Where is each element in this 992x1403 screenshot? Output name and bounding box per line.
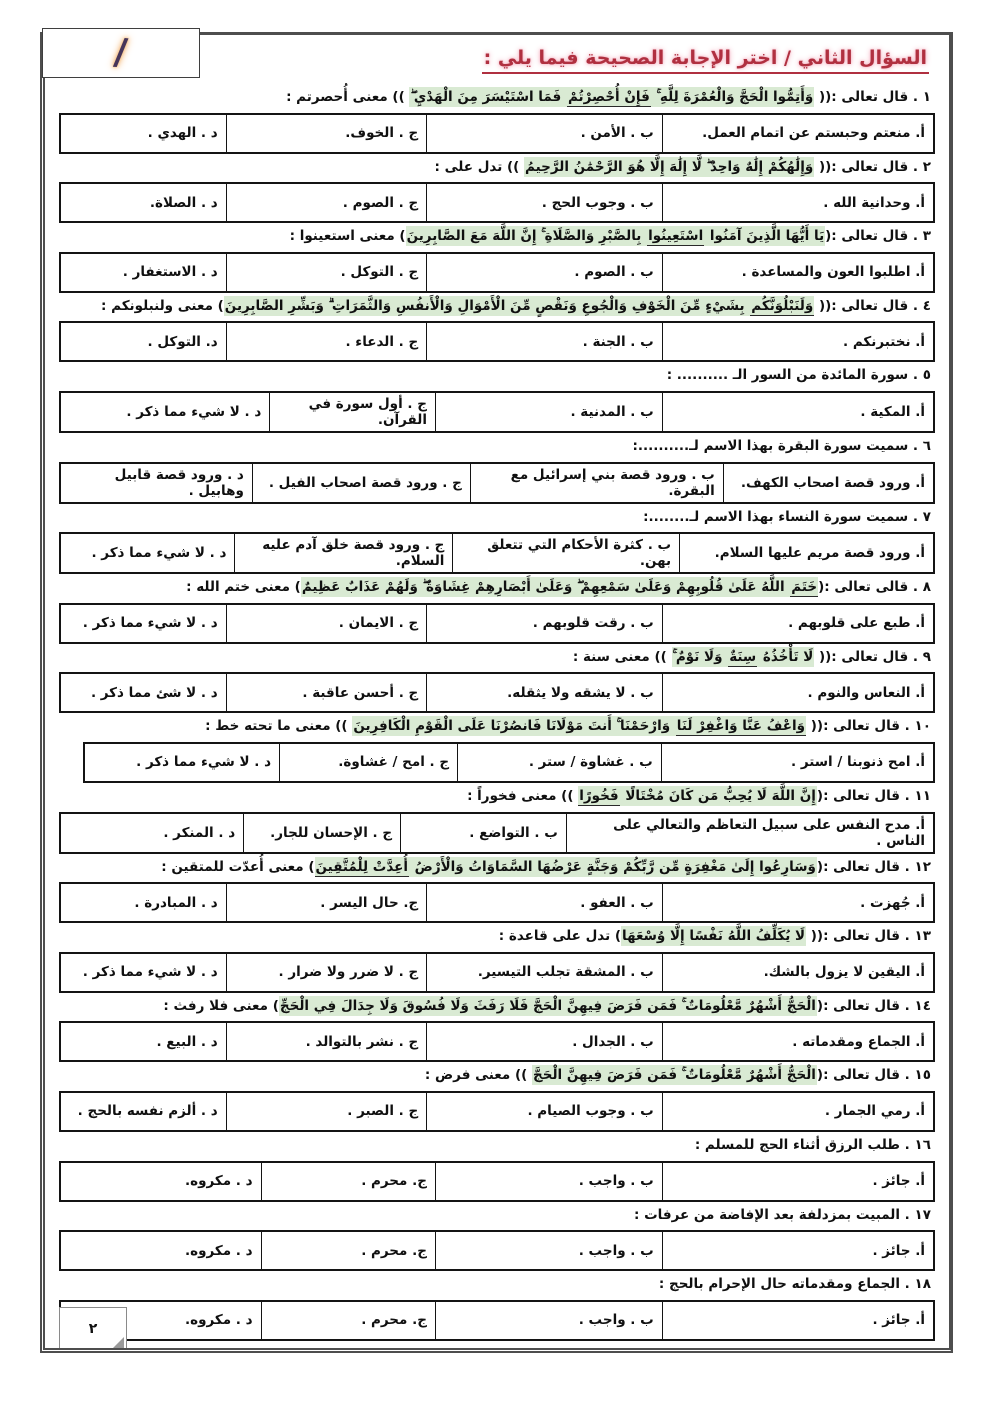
option-cell-b: ب . المشقة تجلب التيسير.	[427, 954, 662, 991]
question-pre-text: ١٠ . قال تعالى :((	[806, 718, 931, 734]
quran-quote-segment: لَا تَأْخُذُهُ	[757, 647, 814, 667]
question-block: ١٦ . طلب الرزق أثناء الحج للمسلم : أ. جا…	[59, 1135, 935, 1202]
options-table: أ. اطلبوا العون والمساعدة . ب . الصوم . …	[59, 252, 935, 293]
option-cell-a: أ. طبع على قلوبهم .	[663, 605, 933, 642]
question-pre-text: ٦ . سميت سورة البقرة بهذا الاسم لـ......…	[633, 438, 932, 454]
question-block: ٨ . قالى تعالى :(خَتَمَ اللَّهُ عَلَىٰ ق…	[59, 577, 935, 644]
question-pre-text: ٣ . قال تعالى :(	[825, 228, 931, 244]
option-cell-c: ج . ورود قصة اصحاب الفيل .	[253, 464, 471, 502]
question-text: ١٢ . قال تعالى :(وَسَارِعُوا إِلَىٰ مَغْ…	[59, 857, 931, 879]
options-table: أ. ورود قصة اصحاب الكهف. ب . ورود قصة بن…	[59, 462, 935, 504]
quran-quote-underlined-segment: وَاعْفُ عَنَّا وَاغْفِرْ لَنَا	[676, 716, 806, 736]
option-cell-b: ب . لا يشقه ولا يثقله.	[427, 674, 662, 711]
option-cell-c: ج . الايمان .	[227, 605, 428, 642]
option-cell-d: د . لا شيء مما ذكر .	[85, 744, 280, 781]
options-table: أ. منعتم وحبستم عن اتمام العمل. ب . الأم…	[59, 113, 935, 154]
question-text: ١٥ . قال تعالى :(الْحَجُّ أَشْهُرٌ مَّعْ…	[59, 1065, 931, 1087]
option-cell-a: أ. جائز .	[663, 1163, 933, 1200]
quran-quote-segment: إِنَّ اللَّهَ لَا يُحِبُّ مَن كَانَ مُخْ…	[620, 786, 817, 806]
option-cell-a: أ. اطلبوا العون والمساعدة .	[663, 254, 933, 291]
question-post-text: ) معنى استعينوا :	[290, 228, 406, 244]
question-post-text: ) تدل على قاعدة :	[499, 928, 621, 944]
question-text: ١٧ . المبيت بمزدلفة بعد الإفاضة من عرفات…	[59, 1205, 931, 1227]
option-cell-b: ب . الصوم .	[427, 254, 662, 291]
option-cell-c: ج . نشر بالتوالد .	[227, 1023, 428, 1060]
section-title: السؤال الثاني / اختر الإجابة الصحيحة فيم…	[482, 47, 929, 74]
quran-quote-segment: بِالصَّبْرِ وَالصَّلَاةِ ۚ إِنَّ اللَّهَ…	[406, 226, 647, 246]
quran-quote-segment: وَلَا نَوْمٌ ۚ	[672, 647, 729, 667]
question-pre-text: ١٢ . قال تعالى :(	[817, 859, 931, 875]
option-cell-b: ب . المدنية .	[436, 393, 663, 431]
quran-quote-segment: الْحَجُّ أَشْهُرٌ مَّعْلُومَاتٌ ۚ فَمَن …	[532, 1065, 817, 1085]
quran-quote-underlined-segment: خَتَمَ	[790, 577, 818, 597]
option-cell-b: ب . كثرة الأحكام التي تتعلق بهن.	[453, 534, 680, 572]
question-block: ٤ . قال تعالى :(( وَلَنَبْلُوَنَّكُم بِش…	[59, 296, 935, 363]
option-cell-a: أ. رمي الجمار .	[663, 1093, 933, 1130]
question-post-text: ) معنى ختم الله :	[186, 579, 301, 595]
quran-quote-underlined-segment: فَخُورًا	[578, 786, 619, 806]
question-post-text: ) معنى ولنبلونكم :	[101, 298, 224, 314]
quran-quote-segment: الْحَجُّ أَشْهُرٌ مَّعْلُومَاتٌ ۚ فَمَن …	[279, 996, 817, 1016]
option-cell-a: أ. اليقين لا يزول بالشك.	[663, 954, 933, 991]
question-pre-text: ٨ . قالى تعالى :(	[818, 579, 931, 595]
page-number-box: ٢	[59, 1307, 127, 1351]
option-cell-a: أ. مدح النفس على سبيل التعاظم والتعالي ع…	[567, 814, 933, 852]
question-block: ٩ . قال تعالى :(( لَا تَأْخُذُهُ سِنَةٌ …	[59, 647, 935, 714]
question-block: ١٤ . قال تعالى :(الْحَجُّ أَشْهُرٌ مَّعْ…	[59, 996, 935, 1063]
option-cell-c: ج. محرم .	[262, 1302, 436, 1339]
question-text: ١٠ . قال تعالى :(( وَاعْفُ عَنَّا وَاغْف…	[59, 716, 931, 738]
option-cell-c: ج . الخوف.	[227, 115, 428, 152]
question-block: ١٥ . قال تعالى :(الْحَجُّ أَشْهُرٌ مَّعْ…	[59, 1065, 935, 1132]
option-cell-c: ج. محرم .	[262, 1163, 436, 1200]
question-block: ١٢ . قال تعالى :(وَسَارِعُوا إِلَىٰ مَغْ…	[59, 857, 935, 924]
quran-quote-underlined-segment: وَلَنَبْلُوَنَّكُم	[750, 296, 814, 316]
quran-quote-segment: يَا أَيُّهَا الَّذِينَ آمَنُوا	[704, 226, 825, 246]
options-table: أ. وحدانية الله . ب . وجوب الحج . ج . ال…	[59, 182, 935, 223]
question-text: ٢ . قال تعالى :(( وَإِلَٰهُكُمْ إِلَٰهٌ …	[59, 157, 931, 179]
grade-mark-box: /	[42, 28, 200, 78]
option-cell-a: أ. ورود قصة اصحاب الكهف.	[724, 464, 933, 502]
option-cell-b: ب . واجب .	[436, 1302, 663, 1339]
question-text: ٩ . قال تعالى :(( لَا تَأْخُذُهُ سِنَةٌ …	[59, 647, 931, 669]
option-cell-d: د . مكروه.	[61, 1163, 262, 1200]
question-block: ١٧ . المبيت بمزدلفة بعد الإفاضة من عرفات…	[59, 1205, 935, 1272]
question-pre-text: ١٤ . قال تعالى :(	[817, 998, 931, 1014]
option-cell-a: أ. وحدانية الله .	[663, 184, 933, 221]
question-text: ١١ . قال تعالى :(إِنَّ اللَّهَ لَا يُحِب…	[59, 786, 931, 808]
question-pre-text: ١٦ . طلب الرزق أثناء الحج للمسلم :	[695, 1137, 931, 1153]
option-cell-d: د . لا شيء مما ذكر .	[61, 534, 235, 572]
option-cell-b: ب . التواضع .	[401, 814, 567, 852]
quran-quote-segment: وَأَتِمُّوا الْحَجَّ وَالْعُمْرَةَ لِلَّ…	[651, 87, 814, 107]
question-post-text: ) معنى أُعدّت للمتقين :	[161, 859, 314, 875]
option-cell-d: د . ألزم نفسه بالحج .	[61, 1093, 227, 1130]
options-table: أ. جائز . ب . واجب . ج. محرم . د . مكروه…	[59, 1300, 935, 1341]
question-pre-text: ١٥ . قال تعالى :(	[817, 1067, 931, 1083]
option-cell-d: د . الاستغفار .	[61, 254, 227, 291]
quran-quote-underlined-segment: أُعِدَّتْ لِلْمُتَّقِينَ	[315, 857, 409, 877]
option-cell-a: أ. المكية .	[663, 393, 933, 431]
question-pre-text: ٤ . قال تعالى :((	[814, 298, 931, 314]
option-cell-b: ب . واجب .	[436, 1163, 663, 1200]
quran-quote-underlined-segment: اسْتَعِينُوا	[647, 226, 704, 246]
options-table: أ. ورود قصة مريم عليها السلام. ب . كثرة …	[59, 532, 935, 574]
quran-quote-segment: فَمَا اسْتَيْسَرَ مِنَ الْهَدْيِ ۖ	[409, 87, 566, 107]
quran-quote-underlined-segment: سِنَةٌ	[728, 647, 757, 667]
question-block: ٧ . سميت سورة النساء بهذا الاسم لـ......…	[59, 507, 935, 575]
question-text: ٤ . قال تعالى :(( وَلَنَبْلُوَنَّكُم بِش…	[59, 296, 931, 318]
option-cell-d: د . لا شيء مما ذكر .	[61, 605, 227, 642]
option-cell-c: ج . امح / غشاوة.	[280, 744, 458, 781]
option-cell-c: ج . الإحسان للجار.	[244, 814, 401, 852]
option-cell-c: ج . لا ضرر ولا ضرار .	[227, 954, 428, 991]
option-cell-a: أ. منعتم وحبستم عن اتمام العمل.	[663, 115, 933, 152]
options-table: أ. جائز . ب . واجب . ج. محرم . د . مكروه…	[59, 1230, 935, 1271]
question-post-text: )) معنى أُحصرتم :	[286, 89, 409, 105]
question-text: ١٦ . طلب الرزق أثناء الحج للمسلم :	[59, 1135, 931, 1157]
option-cell-b: ب . الأمن .	[427, 115, 662, 152]
option-cell-b: ب . غشاوة / ستر .	[458, 744, 662, 781]
option-cell-c: ج . التوكل .	[227, 254, 428, 291]
question-text: ٦ . سميت سورة البقرة بهذا الاسم لـ......…	[59, 436, 931, 458]
option-cell-d: د . المنكر .	[61, 814, 244, 852]
question-block: ٢ . قال تعالى :(( وَإِلَٰهُكُمْ إِلَٰهٌ …	[59, 157, 935, 224]
question-block: ١٣ . قال تعالى :(( لَا يُكَلِّفُ اللَّهُ…	[59, 926, 935, 993]
question-pre-text: ٢ . قال تعالى :((	[814, 159, 931, 175]
option-cell-c: ج . أحسن عاقبة .	[227, 674, 428, 711]
folded-corner-icon	[111, 1337, 124, 1350]
quran-quote-segment: اللَّهُ عَلَىٰ قُلُوبِهِمْ وَعَلَىٰ سَمْ…	[301, 577, 790, 597]
question-text: ١٨ . الجماع ومقدماته حال الإحرام بالحج :	[59, 1274, 931, 1296]
question-post-text: ) معنى فلا رفث :	[163, 998, 279, 1014]
question-pre-text: ١٧ . المبيت بمزدلفة بعد الإفاضة من عرفات…	[634, 1207, 931, 1223]
option-cell-d: د . لا شيء مما ذكر .	[61, 393, 270, 431]
question-pre-text: ٩ . قال تعالى :((	[814, 649, 931, 665]
question-block: ٦ . سميت سورة البقرة بهذا الاسم لـ......…	[59, 436, 935, 504]
question-block: ١ . قال تعالى :(( وَأَتِمُّوا الْحَجَّ و…	[59, 87, 935, 154]
options-table: أ. جُهزت . ب . العفو . ج. حال اليسر . د …	[59, 882, 935, 923]
option-cell-a: أ. النعاس والنوم .	[663, 674, 933, 711]
option-cell-b: ب . رقت قلوبهم .	[427, 605, 662, 642]
question-post-text: )) معنى سنة :	[573, 649, 672, 665]
quran-quote-segment: لَا يُكَلِّفُ اللَّهُ نَفْسًا إِلَّا وُس…	[621, 926, 806, 946]
question-pre-text: ٥ . سورة المائدة من السور الـ ..........…	[667, 367, 931, 383]
option-cell-a: أ. جائز .	[663, 1232, 933, 1269]
question-text: ١٤ . قال تعالى :(الْحَجُّ أَشْهُرٌ مَّعْ…	[59, 996, 931, 1018]
question-pre-text: ١٣ . قال تعالى :((	[806, 928, 931, 944]
quran-quote-segment: بِشَيْءٍ مِّنَ الْخَوْفِ وَالْجُوعِ وَنَ…	[224, 296, 751, 316]
question-post-text: )) معنى ما تحته خط :	[205, 718, 352, 734]
question-text: ٧ . سميت سورة النساء بهذا الاسم لـ......…	[59, 507, 931, 529]
question-pre-text: ٧ . سميت سورة النساء بهذا الاسم لـ......…	[643, 509, 931, 525]
options-table: أ. نختبرنكم . ب . الجنة . ج . الدعاء . د…	[59, 321, 935, 362]
question-pre-text: ١ . قال تعالى :((	[814, 89, 931, 105]
grade-mark: /	[113, 34, 129, 71]
option-cell-d: د . الهدي .	[61, 115, 227, 152]
option-cell-b: ب . الجدال .	[427, 1023, 662, 1060]
option-cell-c: ج . الصبر .	[227, 1093, 428, 1130]
option-cell-b: ب . وجوب الحج .	[427, 184, 662, 221]
option-cell-d: د. التوكل .	[61, 323, 227, 360]
option-cell-d: د . البيع .	[61, 1023, 227, 1060]
option-cell-c: ج. محرم .	[262, 1232, 436, 1269]
option-cell-d: د . ورود قصة قابيل وهابيل .	[61, 464, 253, 502]
option-cell-d: د . الصلاة.	[61, 184, 227, 221]
option-cell-c: ج . ورود قصة خلق آدم عليه السلام.	[235, 534, 453, 572]
option-cell-b: ب . واجب .	[436, 1232, 663, 1269]
question-block: ٣ . قال تعالى :(يَا أَيُّهَا الَّذِينَ آ…	[59, 226, 935, 293]
quran-quote-segment: وَارْحَمْنَا ۚ أَنتَ مَوْلَانَا فَانصُرْ…	[352, 716, 675, 736]
option-cell-a: أ. جُهزت .	[663, 884, 933, 921]
question-pre-text: ١٨ . الجماع ومقدماته حال الإحرام بالحج :	[659, 1276, 931, 1292]
options-table: أ. المكية . ب . المدنية . ج . أول سورة ف…	[59, 391, 935, 433]
question-text: ٨ . قالى تعالى :(خَتَمَ اللَّهُ عَلَىٰ ق…	[59, 577, 931, 599]
question-post-text: )) معنى فخوراً :	[467, 788, 578, 804]
question-block: ١٨ . الجماع ومقدماته حال الإحرام بالحج :…	[59, 1274, 935, 1341]
quran-quote-segment: وَسَارِعُوا إِلَىٰ مَغْفِرَةٍ مِّن رَّبِ…	[409, 857, 817, 877]
option-cell-b: ب . العفو .	[427, 884, 662, 921]
options-table: أ. مدح النفس على سبيل التعاظم والتعالي ع…	[59, 812, 935, 854]
option-cell-a: أ. جائز .	[663, 1302, 933, 1339]
quran-quote-segment: وَإِلَٰهُكُمْ إِلَٰهٌ وَاحِدٌ ۖ لَّا إِل…	[524, 157, 814, 177]
question-text: ١ . قال تعالى :(( وَأَتِمُّوا الْحَجَّ و…	[59, 87, 931, 109]
option-cell-c: ج . الدعاء .	[227, 323, 428, 360]
question-block: ٥ . سورة المائدة من السور الـ ..........…	[59, 365, 935, 433]
options-table: أ. طبع على قلوبهم . ب . رقت قلوبهم . ج .…	[59, 603, 935, 644]
option-cell-b: ب . وجوب الصيام .	[427, 1093, 662, 1130]
question-text: ١٣ . قال تعالى :(( لَا يُكَلِّفُ اللَّهُ…	[59, 926, 931, 948]
option-cell-c: ج. حال اليسر .	[227, 884, 428, 921]
question-post-text: )) تدل على :	[435, 159, 525, 175]
options-table: أ. النعاس والنوم . ب . لا يشقه ولا يثقله…	[59, 672, 935, 713]
page-frame: السؤال الثاني / اختر الإجابة الصحيحة فيم…	[40, 32, 953, 1353]
option-cell-d: د . لا شئ مما ذكر .	[61, 674, 227, 711]
options-table: أ. الجماع ومقدماته . ب . الجدال . ج . نش…	[59, 1021, 935, 1062]
options-table: أ. رمي الجمار . ب . وجوب الصيام . ج . ال…	[59, 1091, 935, 1132]
options-table: أ. اليقين لا يزول بالشك. ب . المشقة تجلب…	[59, 952, 935, 993]
question-pre-text: ١١ . قال تعالى :(	[817, 788, 931, 804]
option-cell-a: أ. الجماع ومقدماته .	[663, 1023, 933, 1060]
option-cell-d: د . المبادرة .	[61, 884, 227, 921]
question-list: ١ . قال تعالى :(( وَأَتِمُّوا الْحَجَّ و…	[59, 87, 935, 1341]
option-cell-a: أ. ورود قصة مريم عليها السلام.	[680, 534, 933, 572]
quran-quote-underlined-segment: فَإِنْ أُحْصِرْتُمْ	[567, 87, 651, 107]
option-cell-c: ج . أول سورة في القرآن.	[270, 393, 436, 431]
options-table: أ. جائز . ب . واجب . ج. محرم . د . مكروه…	[59, 1161, 935, 1202]
question-text: ٣ . قال تعالى :(يَا أَيُّهَا الَّذِينَ آ…	[59, 226, 931, 248]
option-cell-d: د . مكروه.	[61, 1232, 262, 1269]
question-post-text: )) معنى فرض :	[425, 1067, 532, 1083]
question-text: ٥ . سورة المائدة من السور الـ ..........…	[59, 365, 931, 387]
question-block: ١٠ . قال تعالى :(( وَاعْفُ عَنَّا وَاغْف…	[59, 716, 935, 783]
options-table: أ. امح ذنوبنا / استر . ب . غشاوة / ستر .…	[83, 742, 935, 783]
option-cell-b: ب . الجنة .	[427, 323, 662, 360]
option-cell-a: أ. امح ذنوبنا / استر .	[662, 744, 933, 781]
page-number: ٢	[89, 1321, 98, 1337]
option-cell-b: ب . ورود قصة بني إسرائيل مع البقرة.	[471, 464, 724, 502]
option-cell-c: ج . الصوم .	[227, 184, 428, 221]
question-block: ١١ . قال تعالى :(إِنَّ اللَّهَ لَا يُحِب…	[59, 786, 935, 854]
option-cell-a: أ. نختبرنكم .	[663, 323, 933, 360]
option-cell-d: د . لا شيء مما ذكر .	[61, 954, 227, 991]
